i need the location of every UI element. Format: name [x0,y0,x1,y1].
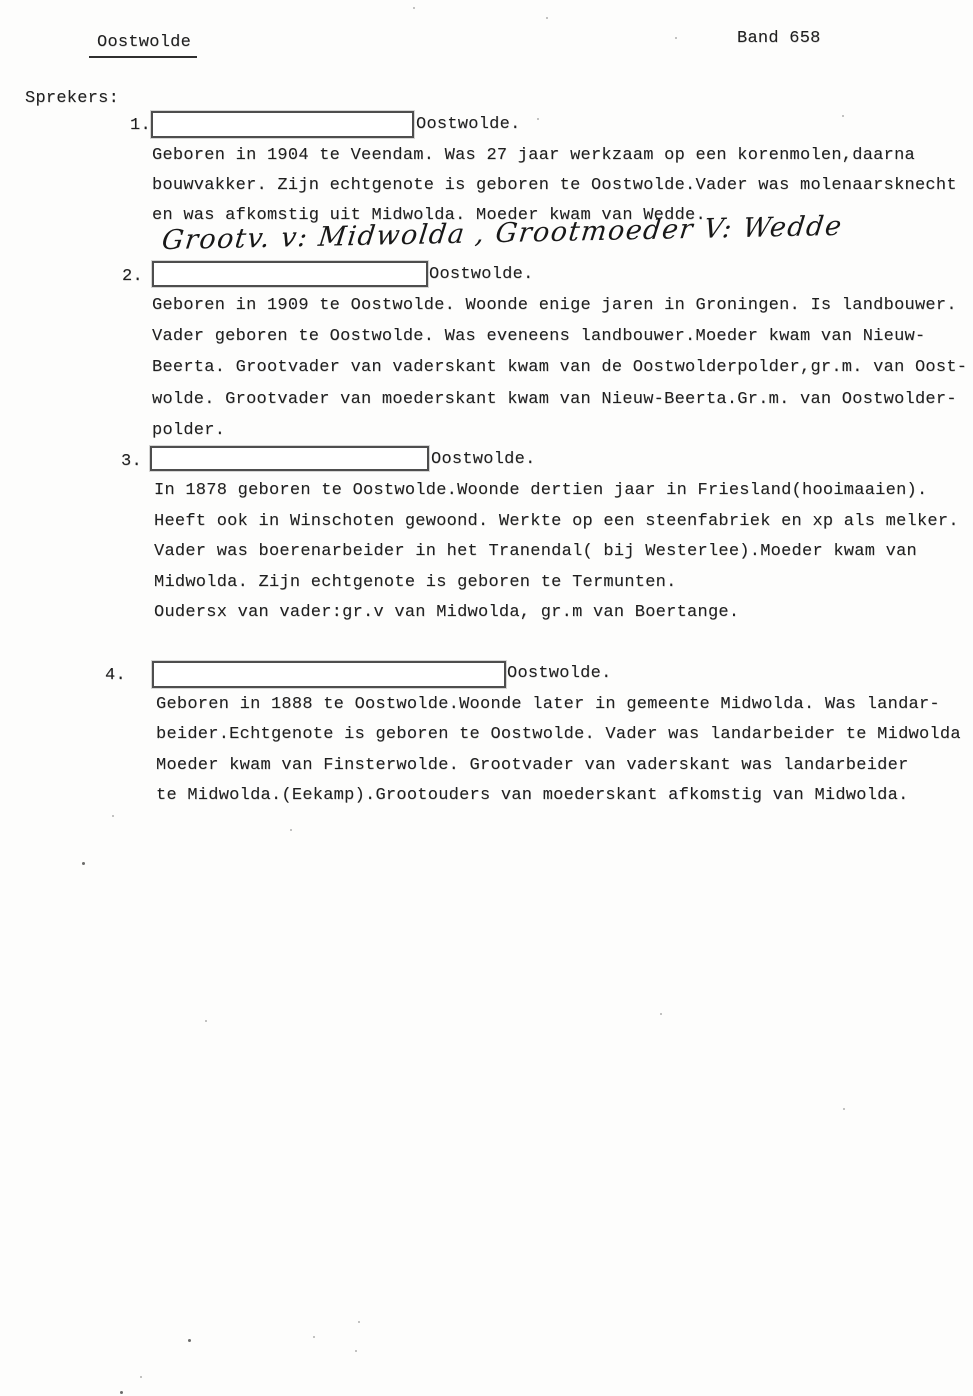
text-line: Moeder kwam van Finsterwolde. Grootvader… [156,756,909,776]
text-line: Vader geboren te Oostwolde. Was eveneens… [152,327,925,347]
text-line: Heeft ook in Winschoten gewoond. Werkte … [154,512,959,532]
entry-number: 3. [121,452,142,472]
text-line: In 1878 geboren te Oostwolde.Woonde dert… [154,481,927,501]
entry-place-label: Oostwolde. [429,265,534,285]
text-line: Beerta. Grootvader van vaderskant kwam v… [152,358,967,378]
entry-number: 4. [105,666,126,686]
text-line: bouwvakker. Zijn echtgenote is geboren t… [152,176,957,196]
page-title: Oostwolde [89,33,197,58]
text-line: Geboren in 1909 te Oostwolde. Woonde eni… [152,296,957,316]
text-line: polder. [152,421,225,441]
redacted-name-box [150,446,429,471]
text-line: wolde. Grootvader van moederskant kwam v… [152,390,957,410]
entry-number: 2. [122,267,143,287]
text-line: Vader was boerenarbeider in het Tranenda… [154,542,917,562]
text-line: Geboren in 1888 te Oostwolde.Woonde late… [156,695,940,715]
redacted-name-box [152,661,506,688]
speakers-heading: Sprekers: [25,89,119,109]
text-line: te Midwolda.(Eekamp).Grootouders van moe… [156,786,909,806]
redacted-name-box [152,261,428,287]
text-line: beider.Echtgenote is geboren te Oostwold… [156,725,961,745]
entry-place-label: Oostwolde. [431,450,536,470]
entry-place-label: Oostwolde. [507,664,612,684]
text-line: Midwolda. Zijn echtgenote is geboren te … [154,573,677,593]
scanned-document-page: Oostwolde Band 658 Sprekers: 1. Oostwold… [0,0,973,1396]
text-line: Geboren in 1904 te Veendam. Was 27 jaar … [152,146,915,166]
text-line: Oudersx van vader:gr.v van Midwolda, gr.… [154,603,739,623]
band-number: Band 658 [737,29,821,49]
entry-number: 1. [130,116,151,136]
entry-place-label: Oostwolde. [416,115,521,135]
redacted-name-box [151,111,414,138]
